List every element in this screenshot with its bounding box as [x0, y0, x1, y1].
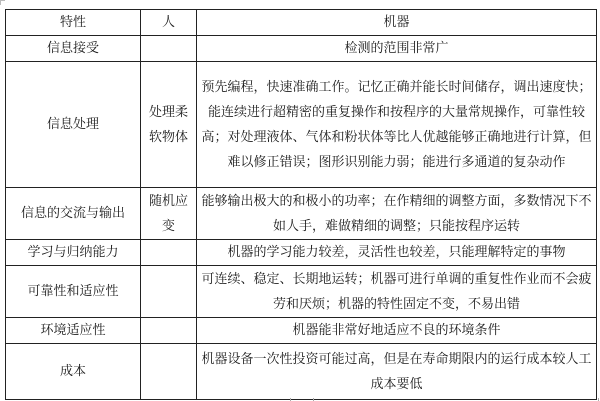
table-row: 学习与归纳能力 机器的学习能力较差，灵活性也较差，只能理解特定的事物 [6, 240, 597, 266]
human-cell: 处理柔软物体 [141, 62, 197, 188]
table-anchor-mark [0, 0, 5, 5]
machine-cell: 机器能非常好地适应不良的环境条件 [197, 318, 597, 344]
feature-cell: 信息处理 [6, 62, 141, 188]
human-cell [141, 318, 197, 344]
feature-cell: 学习与归纳能力 [6, 240, 141, 266]
table-row: 信息处理 处理柔软物体 预先编程，快速准确工作。记忆正确并能长时间储存，调出速度… [6, 62, 597, 188]
machine-cell: 检测的范围非常广 [197, 36, 597, 62]
machine-cell: 机器设备一次性投资可能过高，但是在寿命期限内的运行成本较人工成本要低 [197, 344, 597, 400]
table-row: 环境适应性 机器能非常好地适应不良的环境条件 [6, 318, 597, 344]
machine-cell: 能够输出极大的和极小的功率；在作精细的调整方面，多数情况下不如人手，难做精细的调… [197, 188, 597, 240]
feature-cell: 成本 [6, 344, 141, 400]
header-feature: 特性 [6, 10, 141, 36]
human-cell [141, 266, 197, 318]
machine-cell: 可连续、稳定、长期地运转；机器可进行单调的重复性作业而不会疲劳和厌烦；机器的特性… [197, 266, 597, 318]
machine-cell: 机器的学习能力较差，灵活性也较差，只能理解特定的事物 [197, 240, 597, 266]
table-row: 可靠性和适应性 可连续、稳定、长期地运转；机器可进行单调的重复性作业而不会疲劳和… [6, 266, 597, 318]
table-row: 信息的交流与输出 随机应变 能够输出极大的和极小的功率；在作精细的调整方面，多数… [6, 188, 597, 240]
table-row: 成本 机器设备一次性投资可能过高，但是在寿命期限内的运行成本较人工成本要低 [6, 344, 597, 400]
header-machine: 机器 [197, 10, 597, 36]
human-cell [141, 36, 197, 62]
feature-cell: 信息接受 [6, 36, 141, 62]
feature-cell: 信息的交流与输出 [6, 188, 141, 240]
feature-cell: 环境适应性 [6, 318, 141, 344]
machine-cell: 预先编程，快速准确工作。记忆正确并能长时间储存，调出速度快；能连续进行超精密的重… [197, 62, 597, 188]
human-cell [141, 344, 197, 400]
table-row: 信息接受 检测的范围非常广 [6, 36, 597, 62]
human-cell [141, 240, 197, 266]
human-machine-comparison-table: 特性 人 机器 信息接受 检测的范围非常广 信息处理 处理柔软物体 预先编程，快… [5, 9, 597, 400]
feature-cell: 可靠性和适应性 [6, 266, 141, 318]
header-human: 人 [141, 10, 197, 36]
human-cell: 随机应变 [141, 188, 197, 240]
table-header-row: 特性 人 机器 [6, 10, 597, 36]
